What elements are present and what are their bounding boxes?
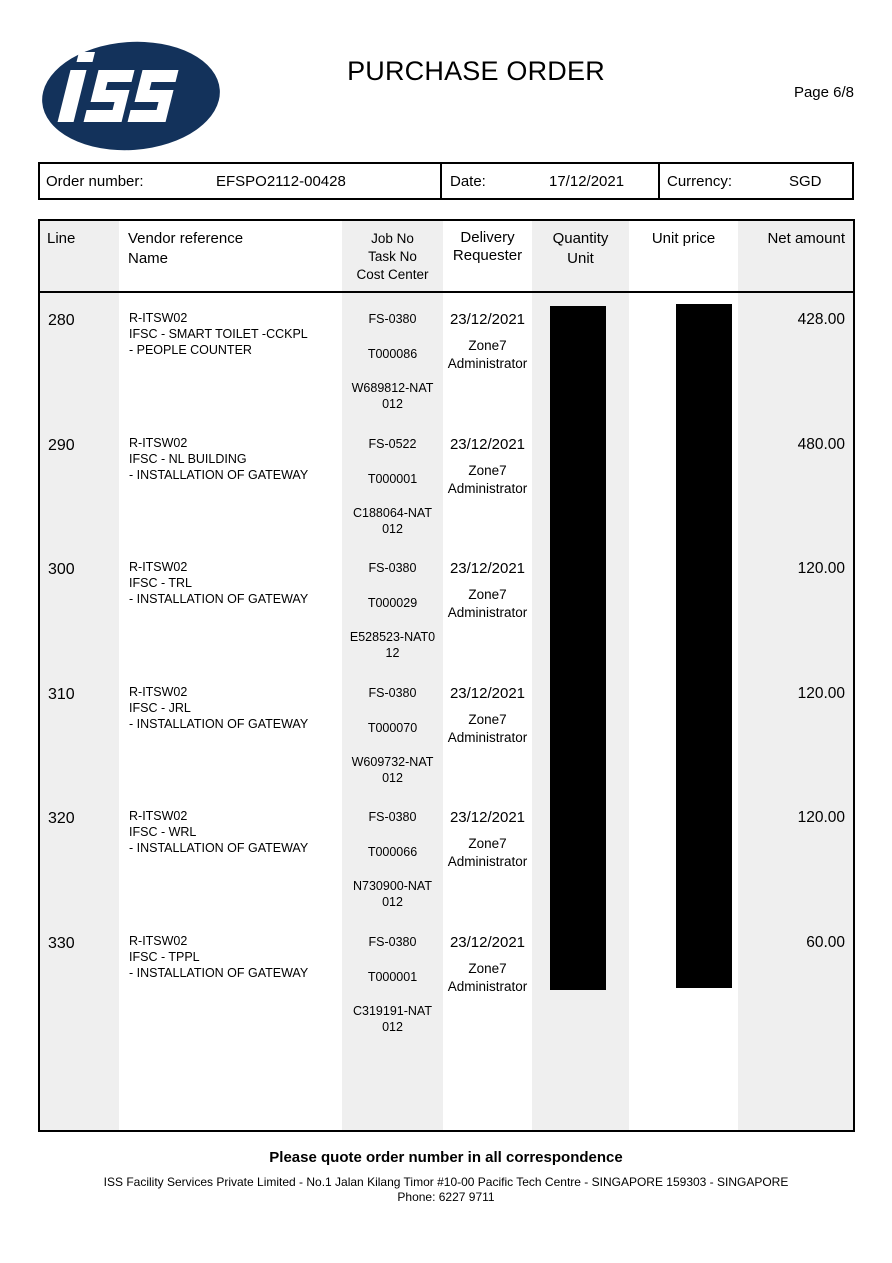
delivery-date: 23/12/2021 <box>443 436 532 453</box>
date-label: Date: <box>450 173 549 190</box>
order-number-label: Order number: <box>46 173 216 190</box>
cost-center-line-1: N730900-NAT <box>342 878 443 894</box>
item-name-line-1: IFSC - WRL <box>129 824 308 840</box>
redacted-unit-price-block <box>676 304 732 988</box>
cost-center-line-2: 012 <box>342 1019 443 1035</box>
requester: Zone7Administrator <box>443 960 532 996</box>
net-amount: 120.00 <box>798 809 845 827</box>
cost-center-line-1: C188064-NAT <box>342 505 443 521</box>
header-quantity: Quantity Unit <box>532 229 629 269</box>
job-no: FS-0522 <box>342 436 443 452</box>
line-number: 320 <box>48 810 75 828</box>
requester-line-2: Administrator <box>443 480 532 498</box>
vendor-cell: R-ITSW02IFSC - NL BUILDING- INSTALLATION… <box>129 435 308 483</box>
order-number-value: EFSPO2112-00428 <box>216 173 346 190</box>
line-number: 310 <box>48 686 75 704</box>
job-no: FS-0380 <box>342 685 443 701</box>
item-name-line-1: IFSC - SMART TOILET -CCKPL <box>129 326 308 342</box>
document-title: PURCHASE ORDER <box>0 56 892 87</box>
requester-line-2: Administrator <box>443 355 532 373</box>
currency-value: SGD <box>789 173 822 190</box>
item-name-line-1: IFSC - NL BUILDING <box>129 451 308 467</box>
job-no: FS-0380 <box>342 560 443 576</box>
requester: Zone7Administrator <box>443 462 532 498</box>
currency-label: Currency: <box>667 173 789 190</box>
cost-center-line-2: 012 <box>342 894 443 910</box>
job-no: FS-0380 <box>342 934 443 950</box>
vendor-reference: R-ITSW02 <box>129 559 308 575</box>
item-name-line-2: - INSTALLATION OF GATEWAY <box>129 467 308 483</box>
footer-address: ISS Facility Services Private Limited - … <box>0 1175 892 1190</box>
task-no: T000066 <box>342 844 443 860</box>
cost-center: W689812-NAT012 <box>342 380 443 412</box>
cost-center-line-1: C319191-NAT <box>342 1003 443 1019</box>
net-amount: 428.00 <box>798 311 845 329</box>
header-line: Line <box>47 229 75 249</box>
requester-line-2: Administrator <box>443 604 532 622</box>
task-no: T000001 <box>342 969 443 985</box>
header-cost-center: Cost Center <box>342 266 443 284</box>
vendor-reference: R-ITSW02 <box>129 808 308 824</box>
header-net-amount: Net amount <box>767 229 845 249</box>
requester-line-1: Zone7 <box>443 462 532 480</box>
vendor-cell: R-ITSW02IFSC - WRL- INSTALLATION OF GATE… <box>129 808 308 856</box>
footer-phone: Phone: 6227 9711 <box>0 1190 892 1205</box>
requester: Zone7Administrator <box>443 586 532 622</box>
vendor-cell: R-ITSW02IFSC - TPPL- INSTALLATION OF GAT… <box>129 933 308 981</box>
redacted-quantity-block <box>550 306 606 990</box>
cost-center: E528523-NAT012 <box>342 629 443 661</box>
cost-center: C188064-NAT012 <box>342 505 443 537</box>
line-number: 290 <box>48 437 75 455</box>
line-number: 280 <box>48 312 75 330</box>
vendor-reference: R-ITSW02 <box>129 933 308 949</box>
order-info-box: Order number: EFSPO2112-00428 Date: 17/1… <box>38 162 854 200</box>
header-vendor: Vendor reference Name <box>128 229 243 269</box>
requester-line-1: Zone7 <box>443 711 532 729</box>
delivery-date: 23/12/2021 <box>443 560 532 577</box>
job-no: FS-0380 <box>342 311 443 327</box>
item-name-line-1: IFSC - TRL <box>129 575 308 591</box>
requester-line-1: Zone7 <box>443 835 532 853</box>
vendor-cell: R-ITSW02IFSC - JRL- INSTALLATION OF GATE… <box>129 684 308 732</box>
header-divider <box>40 291 853 293</box>
net-amount: 60.00 <box>806 934 845 952</box>
requester: Zone7Administrator <box>443 337 532 373</box>
line-number: 330 <box>48 935 75 953</box>
vendor-reference: R-ITSW02 <box>129 684 308 700</box>
cost-center-line-1: E528523-NAT0 <box>342 629 443 645</box>
requester-line-1: Zone7 <box>443 337 532 355</box>
vendor-reference: R-ITSW02 <box>129 310 308 326</box>
vendor-cell: R-ITSW02IFSC - SMART TOILET -CCKPL- PEOP… <box>129 310 308 358</box>
header-unit-label: Unit <box>532 249 629 269</box>
item-name-line-1: IFSC - TPPL <box>129 949 308 965</box>
date-value: 17/12/2021 <box>549 173 624 190</box>
vendor-reference: R-ITSW02 <box>129 435 308 451</box>
order-number-cell: Order number: EFSPO2112-00428 <box>40 164 442 198</box>
cost-center: W609732-NAT012 <box>342 754 443 786</box>
delivery-date: 23/12/2021 <box>443 809 532 826</box>
currency-cell: Currency: SGD <box>660 164 852 198</box>
requester-line-1: Zone7 <box>443 586 532 604</box>
page-indicator: Page 6/8 <box>794 84 854 101</box>
item-name-line-2: - INSTALLATION OF GATEWAY <box>129 965 308 981</box>
header-requester: Requester <box>443 247 532 265</box>
order-lines-table: Line Vendor reference Name Job No Task N… <box>38 219 855 1132</box>
task-no: T000029 <box>342 595 443 611</box>
cost-center-line-2: 12 <box>342 645 443 661</box>
job-no: FS-0380 <box>342 809 443 825</box>
cost-center-line-2: 012 <box>342 521 443 537</box>
cost-center-line-2: 012 <box>342 770 443 786</box>
header-job-no: Job No <box>342 230 443 248</box>
header-vendor-name: Name <box>128 249 243 269</box>
item-name-line-1: IFSC - JRL <box>129 700 308 716</box>
task-no: T000086 <box>342 346 443 362</box>
header-quantity-label: Quantity <box>532 229 629 249</box>
header-delivery-date: Delivery <box>443 229 532 247</box>
item-name-line-2: - PEOPLE COUNTER <box>129 342 308 358</box>
line-number: 300 <box>48 561 75 579</box>
task-no: T000001 <box>342 471 443 487</box>
task-no: T000070 <box>342 720 443 736</box>
delivery-date: 23/12/2021 <box>443 934 532 951</box>
item-name-line-2: - INSTALLATION OF GATEWAY <box>129 591 308 607</box>
date-cell: Date: 17/12/2021 <box>442 164 660 198</box>
requester: Zone7Administrator <box>443 711 532 747</box>
cost-center-line-2: 012 <box>342 396 443 412</box>
footer-notice: Please quote order number in all corresp… <box>0 1149 892 1166</box>
cost-center: N730900-NAT012 <box>342 878 443 910</box>
item-name-line-2: - INSTALLATION OF GATEWAY <box>129 840 308 856</box>
vendor-cell: R-ITSW02IFSC - TRL- INSTALLATION OF GATE… <box>129 559 308 607</box>
header-unit-price: Unit price <box>629 229 738 249</box>
net-amount: 480.00 <box>798 436 845 454</box>
cost-center-line-1: W689812-NAT <box>342 380 443 396</box>
net-amount: 120.00 <box>798 560 845 578</box>
requester-line-2: Administrator <box>443 853 532 871</box>
delivery-date: 23/12/2021 <box>443 685 532 702</box>
requester-line-2: Administrator <box>443 978 532 996</box>
net-amount: 120.00 <box>798 685 845 703</box>
header-delivery: Delivery Requester <box>443 229 532 265</box>
footer-address-block: ISS Facility Services Private Limited - … <box>0 1175 892 1205</box>
header-task-no: Task No <box>342 248 443 266</box>
requester-line-1: Zone7 <box>443 960 532 978</box>
requester: Zone7Administrator <box>443 835 532 871</box>
header-job: Job No Task No Cost Center <box>342 230 443 284</box>
header-vendor-ref: Vendor reference <box>128 229 243 249</box>
delivery-date: 23/12/2021 <box>443 311 532 328</box>
cost-center: C319191-NAT012 <box>342 1003 443 1035</box>
item-name-line-2: - INSTALLATION OF GATEWAY <box>129 716 308 732</box>
cost-center-line-1: W609732-NAT <box>342 754 443 770</box>
requester-line-2: Administrator <box>443 729 532 747</box>
